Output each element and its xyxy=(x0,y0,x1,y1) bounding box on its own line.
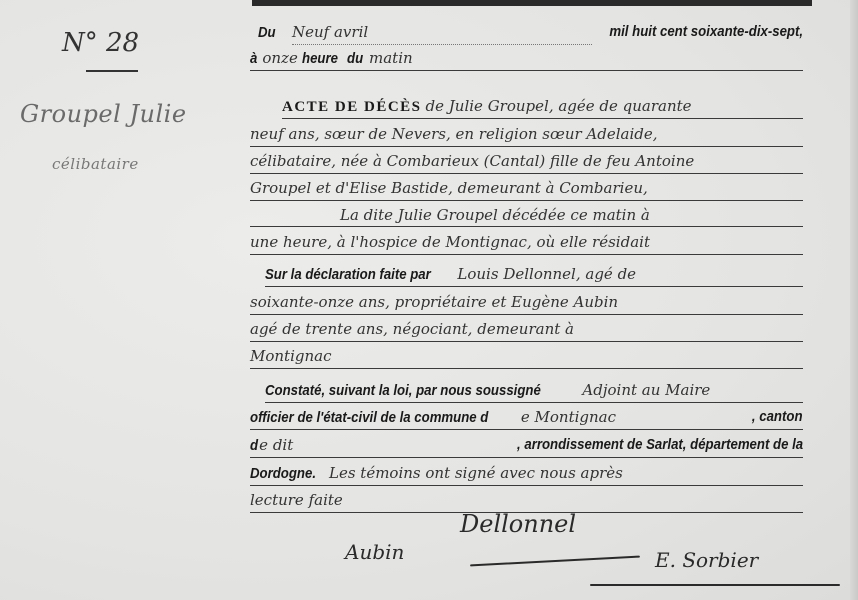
signature-flourish-officer xyxy=(590,584,840,586)
handwritten-declarant: Louis Dellonnel, agé de xyxy=(457,265,636,283)
form-line-dordogne: Dordogne. Les témoins ont signé avec nou… xyxy=(250,461,803,486)
printed-du-2: du xyxy=(347,47,363,71)
handwritten-officer-title: Adjoint au Maire xyxy=(582,381,710,399)
form-line-5: célibataire, née à Combarieux (Cantal) f… xyxy=(250,149,803,174)
printed-year: mil huit cent soixante-dix-sept, xyxy=(609,20,803,44)
form-line-6: Groupel et d'Elise Bastide, demeurant à … xyxy=(250,176,803,201)
form-line-10: soixante-onze ans, propriétaire et Eugèn… xyxy=(250,290,803,315)
form-line-4: neuf ans, sœur de Nevers, en religion sœ… xyxy=(250,122,803,147)
handwritten-deceased: de Julie Groupel, agée de quarante xyxy=(426,97,692,115)
printed-arrondissement: , arrondissement de Sarlat, département … xyxy=(517,433,803,457)
register-page: N° 28 Groupel Julie célibataire Du Neuf … xyxy=(0,0,858,600)
page-edge xyxy=(850,0,858,600)
signature-officer: E. Sorbier xyxy=(655,548,758,572)
form-line-date: Du Neuf avril mil huit cent soixante-dix… xyxy=(258,20,803,44)
printed-du: Du xyxy=(258,21,276,45)
margin-civil-status: célibataire xyxy=(52,155,139,173)
form-line-hour: à onze heure du matin xyxy=(250,46,803,71)
signature-witness-1: Dellonnel xyxy=(460,510,576,538)
printed-heure: heure xyxy=(302,47,338,71)
printed-canton: , canton xyxy=(752,405,803,429)
printed-dordogne: Dordogne. xyxy=(250,462,316,486)
form-line-constate: Constaté, suivant la loi, par nous souss… xyxy=(265,378,803,403)
form-line-8: une heure, à l'hospice de Montignac, où … xyxy=(250,230,803,255)
signature-flourish-1 xyxy=(470,556,640,567)
printed-constate: Constaté, suivant la loi, par nous souss… xyxy=(265,379,541,403)
form-line-declaration: Sur la déclaration faite par Louis Dello… xyxy=(265,262,803,287)
top-border-rule xyxy=(252,0,812,6)
form-line-arrondissement: de dit , arrondissement de Sarlat, dépar… xyxy=(250,433,803,458)
printed-a: à xyxy=(250,47,257,71)
entry-number: N° 28 xyxy=(62,28,139,58)
handwritten-date: Neuf avril xyxy=(292,20,592,45)
handwritten-period: matin xyxy=(369,49,413,67)
form-line-11: agé de trente ans, négociant, demeurant … xyxy=(250,317,803,342)
form-line-commune: officier de l'état-civil de la commune d… xyxy=(250,405,803,430)
printed-officier: officier de l'état-civil de la commune d xyxy=(250,406,488,430)
signature-witness-2: Aubin xyxy=(345,540,404,564)
form-line-7: La dite Julie Groupel décédée ce matin à xyxy=(250,203,803,227)
margin-deceased-name: Groupel Julie xyxy=(20,100,187,128)
form-line-acte: ACTE DE DÉCÈS de Julie Groupel, agée de … xyxy=(282,94,803,119)
printed-declaration: Sur la déclaration faite par xyxy=(265,263,431,287)
acte-de-deces-heading: ACTE DE DÉCÈS xyxy=(282,99,422,115)
entry-number-underline xyxy=(86,70,138,72)
handwritten-hour: onze xyxy=(262,49,297,67)
printed-d: d xyxy=(250,434,258,458)
handwritten-closing: Les témoins ont signé avec nous après xyxy=(329,464,623,482)
handwritten-commune: e Montignac xyxy=(521,408,616,426)
handwritten-canton: e dit xyxy=(259,433,459,457)
form-line-12: Montignac xyxy=(250,344,803,369)
